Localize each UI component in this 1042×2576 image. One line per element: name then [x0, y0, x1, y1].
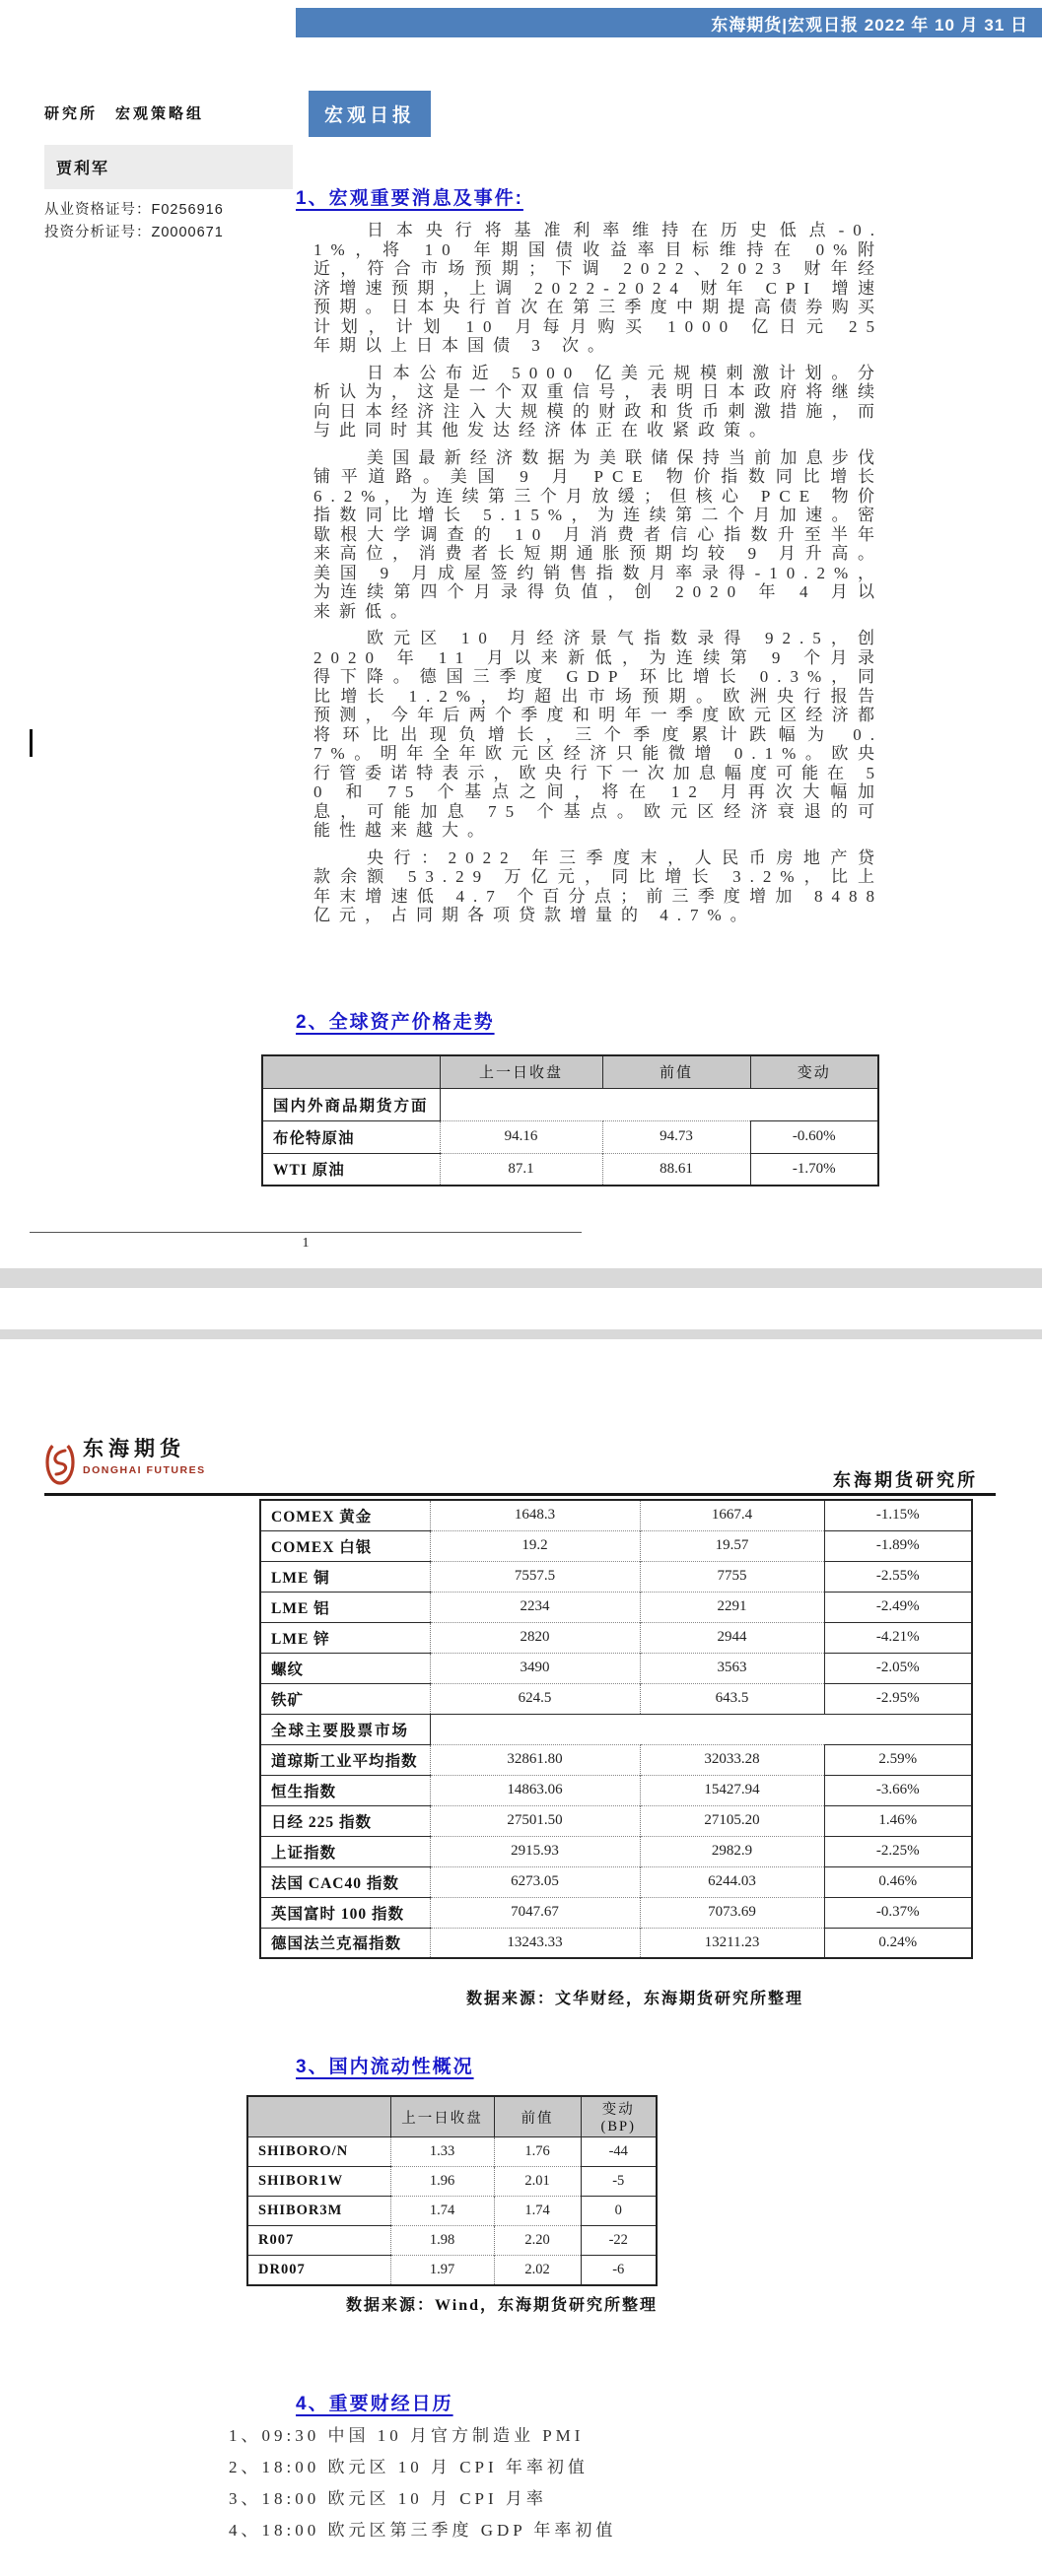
calendar-item: 1、09:30 中国 10 月官方制造业 PMI — [229, 2426, 919, 2446]
donghai-logo-icon — [43, 1437, 77, 1493]
row-label: COMEX 白银 — [260, 1530, 430, 1561]
cell-value: 32033.28 — [640, 1744, 824, 1775]
macro-paragraph: 央行：2022 年三季度末，人民币房地产贷款余额 53.29 万亿元，同比增长 … — [313, 848, 883, 925]
table-row: LME 铜7557.57755-2.55% — [260, 1561, 972, 1592]
margin-mark — [30, 729, 33, 757]
report-page: 东海期货|宏观日报 2022 年 10 月 31 日 研究所 宏观策略组 贾利军… — [0, 0, 1042, 2576]
institute-label: 东海期货研究所 — [690, 1466, 978, 1492]
cell-value: 2.59% — [824, 1744, 972, 1775]
department-label: 研究所 宏观策略组 — [44, 102, 204, 123]
cell-value: -1.89% — [824, 1530, 972, 1561]
row-label: 国内外商品期货方面 — [262, 1088, 440, 1120]
cell-value: -4.21% — [824, 1622, 972, 1653]
row-label: 上证指数 — [260, 1836, 430, 1866]
table-row: 道琼斯工业平均指数32861.8032033.282.59% — [260, 1744, 972, 1775]
cell-value: 13243.33 — [430, 1928, 640, 1958]
section-title-calendar: 4、重要财经日历 — [296, 2389, 453, 2415]
logo-text: 东海期货 DONGHAI FUTURES — [83, 1437, 206, 1476]
cell-value: 1.33 — [390, 2137, 494, 2167]
cell-value: -3.66% — [824, 1775, 972, 1805]
cell-value: 27501.50 — [430, 1805, 640, 1836]
table-row: SHIBOR1W1.962.01-5 — [247, 2167, 657, 2197]
cell-value: 1.74 — [494, 2197, 581, 2226]
cell-value: 94.73 — [602, 1120, 750, 1153]
cell-value: -1.70% — [750, 1153, 878, 1186]
cell-value: 6273.05 — [430, 1866, 640, 1897]
macro-paragraph: 日本央行将基准利率维持在历史低点-0.1%，将 10 年期国债收益率目标维持在 … — [313, 221, 883, 356]
cell-value: 2.20 — [494, 2226, 581, 2256]
section-title-liquidity: 3、国内流动性概况 — [296, 2052, 474, 2078]
cell-value: -2.95% — [824, 1683, 972, 1714]
row-label: LME 铝 — [260, 1592, 430, 1622]
cell-value: 3563 — [640, 1653, 824, 1683]
cell-value: 1.74 — [390, 2197, 494, 2226]
row-label: SHIBORO/N — [247, 2137, 390, 2167]
section-title-macro-news: 1、宏观重要消息及事件: — [296, 183, 523, 210]
cell-value: 0.24% — [824, 1928, 972, 1958]
table-row: COMEX 黄金1648.31667.4-1.15% — [260, 1500, 972, 1530]
cell-value: -0.60% — [750, 1120, 878, 1153]
macro-paragraph: 日本公布近 5000 亿美元规模刺激计划。分析认为，这是一个双重信号，表明日本政… — [313, 364, 883, 441]
table-row: LME 铝22342291-2.49% — [260, 1592, 972, 1622]
cell-value: -44 — [581, 2137, 657, 2167]
table-row: 布伦特原油94.1694.73-0.60% — [262, 1120, 878, 1153]
row-label: SHIBOR3M — [247, 2197, 390, 2226]
cell-value: -2.55% — [824, 1561, 972, 1592]
report-header-banner: 东海期货|宏观日报 2022 年 10 月 31 日 — [296, 8, 1042, 37]
row-label: 法国 CAC40 指数 — [260, 1866, 430, 1897]
cell-value: 7557.5 — [430, 1561, 640, 1592]
cell-value: -2.05% — [824, 1653, 972, 1683]
cell-value: 87.1 — [440, 1153, 602, 1186]
qualification-number: 从业资格证号：F0256916 — [44, 198, 224, 219]
cell-value: 1.97 — [390, 2256, 494, 2285]
cell-value: 624.5 — [430, 1683, 640, 1714]
macro-paragraph: 欧元区 10 月经济景气指数录得 92.5，创 2020 年 11 月以来新低，… — [313, 629, 883, 841]
table-row: 德国法兰克福指数13243.3313211.230.24% — [260, 1928, 972, 1958]
table-row: SHIBORO/N1.331.76-44 — [247, 2137, 657, 2167]
cell-value: -6 — [581, 2256, 657, 2285]
page-separator — [0, 1329, 1042, 1339]
cell-value: 0.46% — [824, 1866, 972, 1897]
table-row: 铁矿624.5643.5-2.95% — [260, 1683, 972, 1714]
row-label: 英国富时 100 指数 — [260, 1897, 430, 1928]
cell-value: 1.98 — [390, 2226, 494, 2256]
cell-value: 1.76 — [494, 2137, 581, 2167]
table-row: LME 锌28202944-4.21% — [260, 1622, 972, 1653]
table-row: DR0071.972.02-6 — [247, 2256, 657, 2285]
table-header-row: 上一日收盘前值变动 — [262, 1055, 878, 1088]
column-header: 前值 — [602, 1055, 750, 1088]
table-row: 全球主要股票市场 — [260, 1714, 972, 1744]
cell-value: 13211.23 — [640, 1928, 824, 1958]
table-row: 日经 225 指数27501.5027105.201.46% — [260, 1805, 972, 1836]
row-label: R007 — [247, 2226, 390, 2256]
row-label: 布伦特原油 — [262, 1120, 440, 1153]
row-label: LME 铜 — [260, 1561, 430, 1592]
cell-value: 6244.03 — [640, 1866, 824, 1897]
column-header: 上一日收盘 — [440, 1055, 602, 1088]
cell-value: 1648.3 — [430, 1500, 640, 1530]
cell-value: 0 — [581, 2197, 657, 2226]
table-header-row: 上一日收盘前值变动 (BP) — [247, 2096, 657, 2137]
cell-value: 1.46% — [824, 1805, 972, 1836]
table-row: 法国 CAC40 指数6273.056244.030.46% — [260, 1866, 972, 1897]
table-row: 英国富时 100 指数7047.677073.69-0.37% — [260, 1897, 972, 1928]
macro-news-paragraphs: 日本央行将基准利率维持在历史低点-0.1%，将 10 年期国债收益率目标维持在 … — [313, 221, 883, 933]
cell-value: 32861.80 — [430, 1744, 640, 1775]
cell-value: 2234 — [430, 1592, 640, 1622]
data-source-note: 数据来源：文华财经，东海期货研究所整理 — [360, 1986, 803, 2008]
cell-value: -1.15% — [824, 1500, 972, 1530]
cell-value: 2.02 — [494, 2256, 581, 2285]
logo-english-name: DONGHAI FUTURES — [83, 1464, 206, 1476]
footer-rule — [30, 1232, 582, 1233]
column-header: 变动 (BP) — [581, 2096, 657, 2137]
column-header — [262, 1055, 440, 1088]
cell-value: 1667.4 — [640, 1500, 824, 1530]
cell-value: 2820 — [430, 1622, 640, 1653]
cell-value: 7047.67 — [430, 1897, 640, 1928]
row-label: COMEX 黄金 — [260, 1500, 430, 1530]
cell-value: -0.37% — [824, 1897, 972, 1928]
cell-value: 2.01 — [494, 2167, 581, 2197]
table-row: 恒生指数14863.0615427.94-3.66% — [260, 1775, 972, 1805]
data-source-note: 数据来源：Wind，东海期货研究所整理 — [248, 2292, 658, 2315]
cell-value: 1.96 — [390, 2167, 494, 2197]
asset-price-table-continued: COMEX 黄金1648.31667.4-1.15%COMEX 白银19.219… — [259, 1499, 973, 1959]
liquidity-table: 上一日收盘前值变动 (BP) SHIBORO/N1.331.76-44SHIBO… — [246, 2095, 658, 2286]
table-row: WTI 原油87.188.61-1.70% — [262, 1153, 878, 1186]
column-header: 上一日收盘 — [390, 2096, 494, 2137]
cell-value: 94.16 — [440, 1120, 602, 1153]
cell-value: 2291 — [640, 1592, 824, 1622]
cell-value: 19.2 — [430, 1530, 640, 1561]
cell-value: 7073.69 — [640, 1897, 824, 1928]
header-rule — [44, 1493, 996, 1496]
cell-value: -5 — [581, 2167, 657, 2197]
table-row: 螺纹34903563-2.05% — [260, 1653, 972, 1683]
row-label: 德国法兰克福指数 — [260, 1928, 430, 1958]
analyst-number: 投资分析证号：Z0000671 — [44, 221, 224, 241]
table-row: SHIBOR3M1.741.740 — [247, 2197, 657, 2226]
row-label: 日经 225 指数 — [260, 1805, 430, 1836]
row-label: SHIBOR1W — [247, 2167, 390, 2197]
row-label: 铁矿 — [260, 1683, 430, 1714]
page-separator — [0, 1268, 1042, 1288]
column-header — [247, 2096, 390, 2137]
row-label: 全球主要股票市场 — [260, 1714, 430, 1744]
row-label: LME 锌 — [260, 1622, 430, 1653]
cell-value: 27105.20 — [640, 1805, 824, 1836]
row-label: 螺纹 — [260, 1653, 430, 1683]
macro-paragraph: 美国最新经济数据为美联储保持当前加息步伐铺平道路。美国 9 月 PCE 物价指数… — [313, 448, 883, 622]
cell-value: 2944 — [640, 1622, 824, 1653]
table-row: 上证指数2915.932982.9-2.25% — [260, 1836, 972, 1866]
logo-chinese-name: 东海期货 — [83, 1437, 206, 1462]
page-number: 1 — [292, 1236, 319, 1252]
cell-value: 15427.94 — [640, 1775, 824, 1805]
cell-value: 19.57 — [640, 1530, 824, 1561]
table-row: 国内外商品期货方面 — [262, 1088, 878, 1120]
author-name: 贾利军 — [56, 156, 109, 178]
cell-value: 3490 — [430, 1653, 640, 1683]
asset-price-table: 上一日收盘前值变动 国内外商品期货方面布伦特原油94.1694.73-0.60%… — [261, 1054, 879, 1186]
table-row: COMEX 白银19.219.57-1.89% — [260, 1530, 972, 1561]
column-header: 变动 — [750, 1055, 878, 1088]
group-spacer — [430, 1714, 972, 1744]
group-spacer — [440, 1088, 878, 1120]
cell-value: 14863.06 — [430, 1775, 640, 1805]
column-header: 前值 — [494, 2096, 581, 2137]
cell-value: 2915.93 — [430, 1836, 640, 1866]
calendar-item: 3、18:00 欧元区 10 月 CPI 月率 — [229, 2489, 919, 2509]
cell-value: -2.25% — [824, 1836, 972, 1866]
row-label: 恒生指数 — [260, 1775, 430, 1805]
section-title-global-assets: 2、全球资产价格走势 — [296, 1007, 495, 1034]
row-label: 道琼斯工业平均指数 — [260, 1744, 430, 1775]
row-label: DR007 — [247, 2256, 390, 2285]
cell-value: -2.49% — [824, 1592, 972, 1622]
donghai-logo: 东海期货 DONGHAI FUTURES — [43, 1437, 206, 1493]
cell-value: 2982.9 — [640, 1836, 824, 1866]
cell-value: 643.5 — [640, 1683, 824, 1714]
report-type-badge: 宏观日报 — [309, 91, 431, 137]
cell-value: 88.61 — [602, 1153, 750, 1186]
table-row: R0071.982.20-22 — [247, 2226, 657, 2256]
economic-calendar-list: 1、09:30 中国 10 月官方制造业 PMI2、18:00 欧元区 10 月… — [229, 2426, 919, 2552]
cell-value: 7755 — [640, 1561, 824, 1592]
row-label: WTI 原油 — [262, 1153, 440, 1186]
author-box: 贾利军 — [44, 145, 293, 189]
calendar-item: 2、18:00 欧元区 10 月 CPI 年率初值 — [229, 2458, 919, 2477]
cell-value: -22 — [581, 2226, 657, 2256]
report-header-title: 东海期货|宏观日报 2022 年 10 月 31 日 — [711, 11, 1028, 35]
calendar-item: 4、18:00 欧元区第三季度 GDP 年率初值 — [229, 2521, 919, 2541]
